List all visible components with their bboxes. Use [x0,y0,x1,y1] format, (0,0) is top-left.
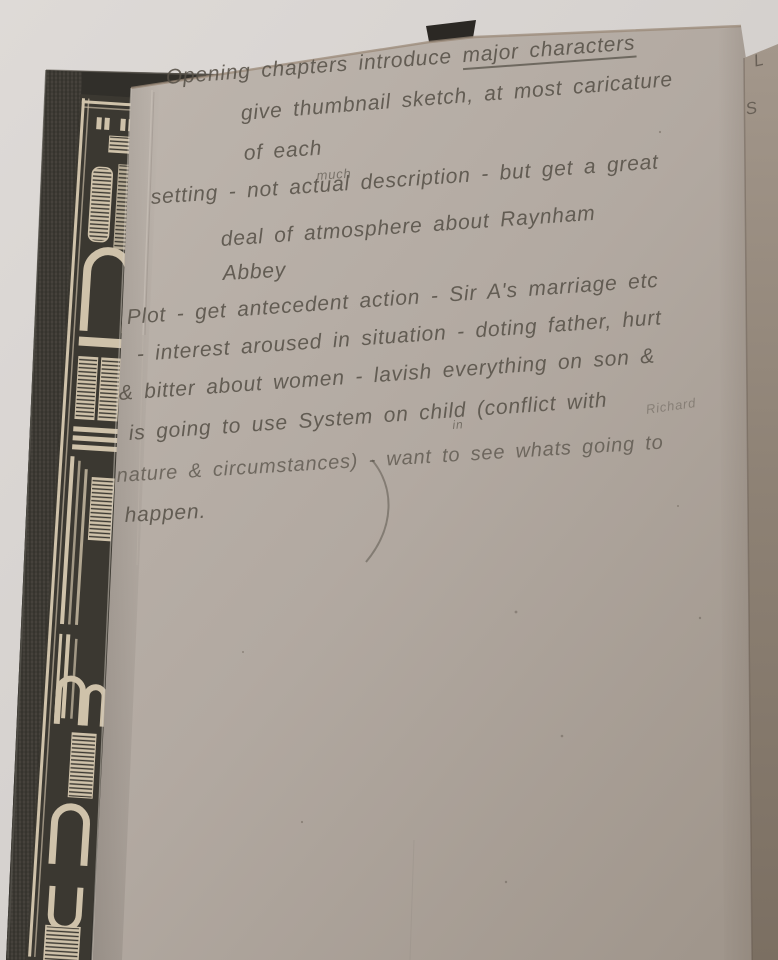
handwriting-line-12: happen. [124,500,207,528]
photo-of-open-notebook: Opening chapters introduce major charact… [0,0,778,960]
handwriting-line-6: Abbey [222,259,287,286]
